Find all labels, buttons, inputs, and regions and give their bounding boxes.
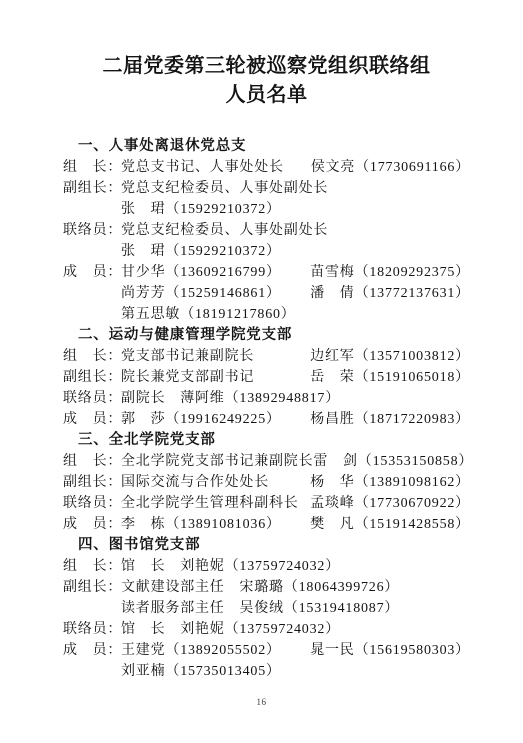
person-entry: 边红军（13571003812）	[310, 346, 470, 367]
person-entry: 党总支书记、人事处处长	[121, 157, 284, 178]
person-row: 成 员：王建党（13892055502）晁一民（15619580303）	[63, 640, 470, 661]
row-content: 党支部书记兼副院长边红军（13571003812）	[121, 346, 470, 367]
row-content: 副院长 薄阿维（13892948817）	[121, 388, 470, 409]
row-content: 尚芳芳（15259146861）潘 倩（13772137631）	[121, 283, 470, 304]
person-row: 组 长：党支部书记兼副院长边红军（13571003812）	[63, 346, 470, 367]
row-content: 党总支书记、人事处处长侯文亮（17730691166）	[121, 157, 470, 178]
section-2: 二、运动与健康管理学院党支部组 长：党支部书记兼副院长边红军（135710038…	[63, 325, 470, 430]
person-entry: 全北学院党支部书记兼副院长	[121, 451, 313, 472]
section-heading: 四、图书馆党支部	[63, 535, 470, 556]
document-page: 二届党委第三轮被巡察党组织联络组 人员名单 一、人事处离退休党总支组 长：党总支…	[0, 0, 523, 743]
role-label	[63, 241, 121, 262]
row-content: 全北学院学生管理科副科长孟琰峰（17730670922）	[121, 493, 470, 514]
row-content: 张 珺（15929210372）	[121, 199, 470, 220]
role-label: 成 员：	[63, 409, 121, 430]
person-row: 第五思敏（18191217860）	[63, 304, 470, 325]
row-content: 李 栋（13891081036）樊 凡（15191428558）	[121, 514, 470, 535]
person-row: 联络员：党总支纪检委员、人事处副处长	[63, 220, 470, 241]
person-row: 联络员：副院长 薄阿维（13892948817）	[63, 388, 470, 409]
row-content: 院长兼党支部副书记岳 荣（15191065018）	[121, 367, 470, 388]
person-entry: 王建党（13892055502）	[121, 640, 281, 661]
sections-container: 一、人事处离退休党总支组 长：党总支书记、人事处处长侯文亮（1773069116…	[63, 136, 470, 682]
row-content: 文献建设部主任 宋璐璐（18064399726）	[121, 577, 470, 598]
person-entry: 党支部书记兼副院长	[121, 346, 254, 367]
person-entry: 院长兼党支部副书记	[121, 367, 254, 388]
role-label: 成 员：	[63, 514, 121, 535]
page-number: 16	[0, 697, 523, 707]
role-label: 联络员：	[63, 493, 121, 514]
person-entry: 国际交流与合作处处长	[121, 472, 269, 493]
person-entry: 甘少华（13609216799）	[121, 262, 281, 283]
person-entry: 馆 长 刘艳妮（13759724032）	[121, 556, 340, 577]
role-label	[63, 304, 121, 325]
person-entry: 文献建设部主任 宋璐璐（18064399726）	[121, 577, 399, 598]
person-entry: 读者服务部主任 吴俊绒（15319418087）	[121, 598, 399, 619]
person-entry: 尚芳芳（15259146861）	[121, 283, 281, 304]
person-row: 成 员：郭 莎（19916249225）杨昌胜（18717220983）	[63, 409, 470, 430]
document-title-line1: 二届党委第三轮被巡察党组织联络组	[63, 52, 470, 81]
person-entry: 李 栋（13891081036）	[121, 514, 281, 535]
person-entry: 侯文亮（17730691166）	[311, 157, 470, 178]
role-label: 副组长：	[63, 367, 121, 388]
person-row: 副组长：院长兼党支部副书记岳 荣（15191065018）	[63, 367, 470, 388]
role-label: 成 员：	[63, 262, 121, 283]
person-entry: 晁一民（15619580303）	[310, 640, 470, 661]
role-label: 组 长：	[63, 346, 121, 367]
role-label	[63, 661, 121, 682]
person-row: 组 长：党总支书记、人事处处长侯文亮（17730691166）	[63, 157, 470, 178]
person-row: 副组长：党总支纪检委员、人事处副处长	[63, 178, 470, 199]
role-label	[63, 598, 121, 619]
role-label: 组 长：	[63, 556, 121, 577]
person-row: 联络员：全北学院学生管理科副科长孟琰峰（17730670922）	[63, 493, 470, 514]
role-label: 组 长：	[63, 157, 121, 178]
person-entry: 雷 剑（15353150858）	[313, 451, 473, 472]
person-row: 成 员：甘少华（13609216799）苗雪梅（18209292375）	[63, 262, 470, 283]
person-entry: 张 珺（15929210372）	[121, 241, 281, 262]
role-label: 副组长：	[63, 472, 121, 493]
row-content: 王建党（13892055502）晁一民（15619580303）	[121, 640, 470, 661]
role-label: 副组长：	[63, 178, 121, 199]
row-content: 郭 莎（19916249225）杨昌胜（18717220983）	[121, 409, 470, 430]
person-row: 联络员：馆 长 刘艳妮（13759724032）	[63, 619, 470, 640]
document-title-line2: 人员名单	[63, 81, 470, 110]
document-title-block: 二届党委第三轮被巡察党组织联络组 人员名单	[63, 52, 470, 110]
person-entry: 杨 华（13891098162）	[310, 472, 470, 493]
role-label: 联络员：	[63, 388, 121, 409]
person-row: 副组长：国际交流与合作处处长杨 华（13891098162）	[63, 472, 470, 493]
person-row: 读者服务部主任 吴俊绒（15319418087）	[63, 598, 470, 619]
person-entry: 党总支纪检委员、人事处副处长	[121, 220, 328, 241]
role-label: 组 长：	[63, 451, 121, 472]
person-entry: 刘亚楠（15735013405）	[121, 661, 281, 682]
row-content: 馆 长 刘艳妮（13759724032）	[121, 556, 470, 577]
person-entry: 副院长 薄阿维（13892948817）	[121, 388, 340, 409]
person-row: 尚芳芳（15259146861）潘 倩（13772137631）	[63, 283, 470, 304]
person-entry: 苗雪梅（18209292375）	[310, 262, 470, 283]
document-body: 二届党委第三轮被巡察党组织联络组 人员名单 一、人事处离退休党总支组 长：党总支…	[0, 0, 523, 682]
person-row: 成 员：李 栋（13891081036）樊 凡（15191428558）	[63, 514, 470, 535]
section-heading: 二、运动与健康管理学院党支部	[63, 325, 470, 346]
role-label: 联络员：	[63, 619, 121, 640]
person-row: 副组长：文献建设部主任 宋璐璐（18064399726）	[63, 577, 470, 598]
row-content: 刘亚楠（15735013405）	[121, 661, 470, 682]
section-1: 一、人事处离退休党总支组 长：党总支书记、人事处处长侯文亮（1773069116…	[63, 136, 470, 325]
row-content: 馆 长 刘艳妮（13759724032）	[121, 619, 470, 640]
person-row: 刘亚楠（15735013405）	[63, 661, 470, 682]
person-entry: 潘 倩（13772137631）	[310, 283, 470, 304]
row-content: 党总支纪检委员、人事处副处长	[121, 220, 470, 241]
person-entry: 全北学院学生管理科副科长	[121, 493, 299, 514]
role-label: 副组长：	[63, 577, 121, 598]
role-label	[63, 199, 121, 220]
role-label: 成 员：	[63, 640, 121, 661]
section-heading: 一、人事处离退休党总支	[63, 136, 470, 157]
person-entry: 馆 长 刘艳妮（13759724032）	[121, 619, 340, 640]
person-row: 张 珺（15929210372）	[63, 241, 470, 262]
person-entry: 杨昌胜（18717220983）	[310, 409, 470, 430]
person-entry: 第五思敏（18191217860）	[121, 304, 296, 325]
row-content: 党总支纪检委员、人事处副处长	[121, 178, 470, 199]
person-entry: 党总支纪检委员、人事处副处长	[121, 178, 328, 199]
role-label	[63, 283, 121, 304]
person-entry: 郭 莎（19916249225）	[121, 409, 281, 430]
person-entry: 张 珺（15929210372）	[121, 199, 281, 220]
person-entry: 樊 凡（15191428558）	[310, 514, 470, 535]
person-row: 张 珺（15929210372）	[63, 199, 470, 220]
row-content: 全北学院党支部书记兼副院长雷 剑（15353150858）	[121, 451, 470, 472]
row-content: 第五思敏（18191217860）	[121, 304, 470, 325]
person-entry: 岳 荣（15191065018）	[310, 367, 470, 388]
row-content: 甘少华（13609216799）苗雪梅（18209292375）	[121, 262, 470, 283]
role-label: 联络员：	[63, 220, 121, 241]
person-row: 组 长：全北学院党支部书记兼副院长雷 剑（15353150858）	[63, 451, 470, 472]
row-content: 国际交流与合作处处长杨 华（13891098162）	[121, 472, 470, 493]
person-row: 组 长：馆 长 刘艳妮（13759724032）	[63, 556, 470, 577]
row-content: 读者服务部主任 吴俊绒（15319418087）	[121, 598, 470, 619]
person-entry: 孟琰峰（17730670922）	[310, 493, 470, 514]
section-4: 四、图书馆党支部组 长：馆 长 刘艳妮（13759724032）副组长：文献建设…	[63, 535, 470, 682]
section-3: 三、全北学院党支部组 长：全北学院党支部书记兼副院长雷 剑（1535315085…	[63, 430, 470, 535]
row-content: 张 珺（15929210372）	[121, 241, 470, 262]
section-heading: 三、全北学院党支部	[63, 430, 470, 451]
